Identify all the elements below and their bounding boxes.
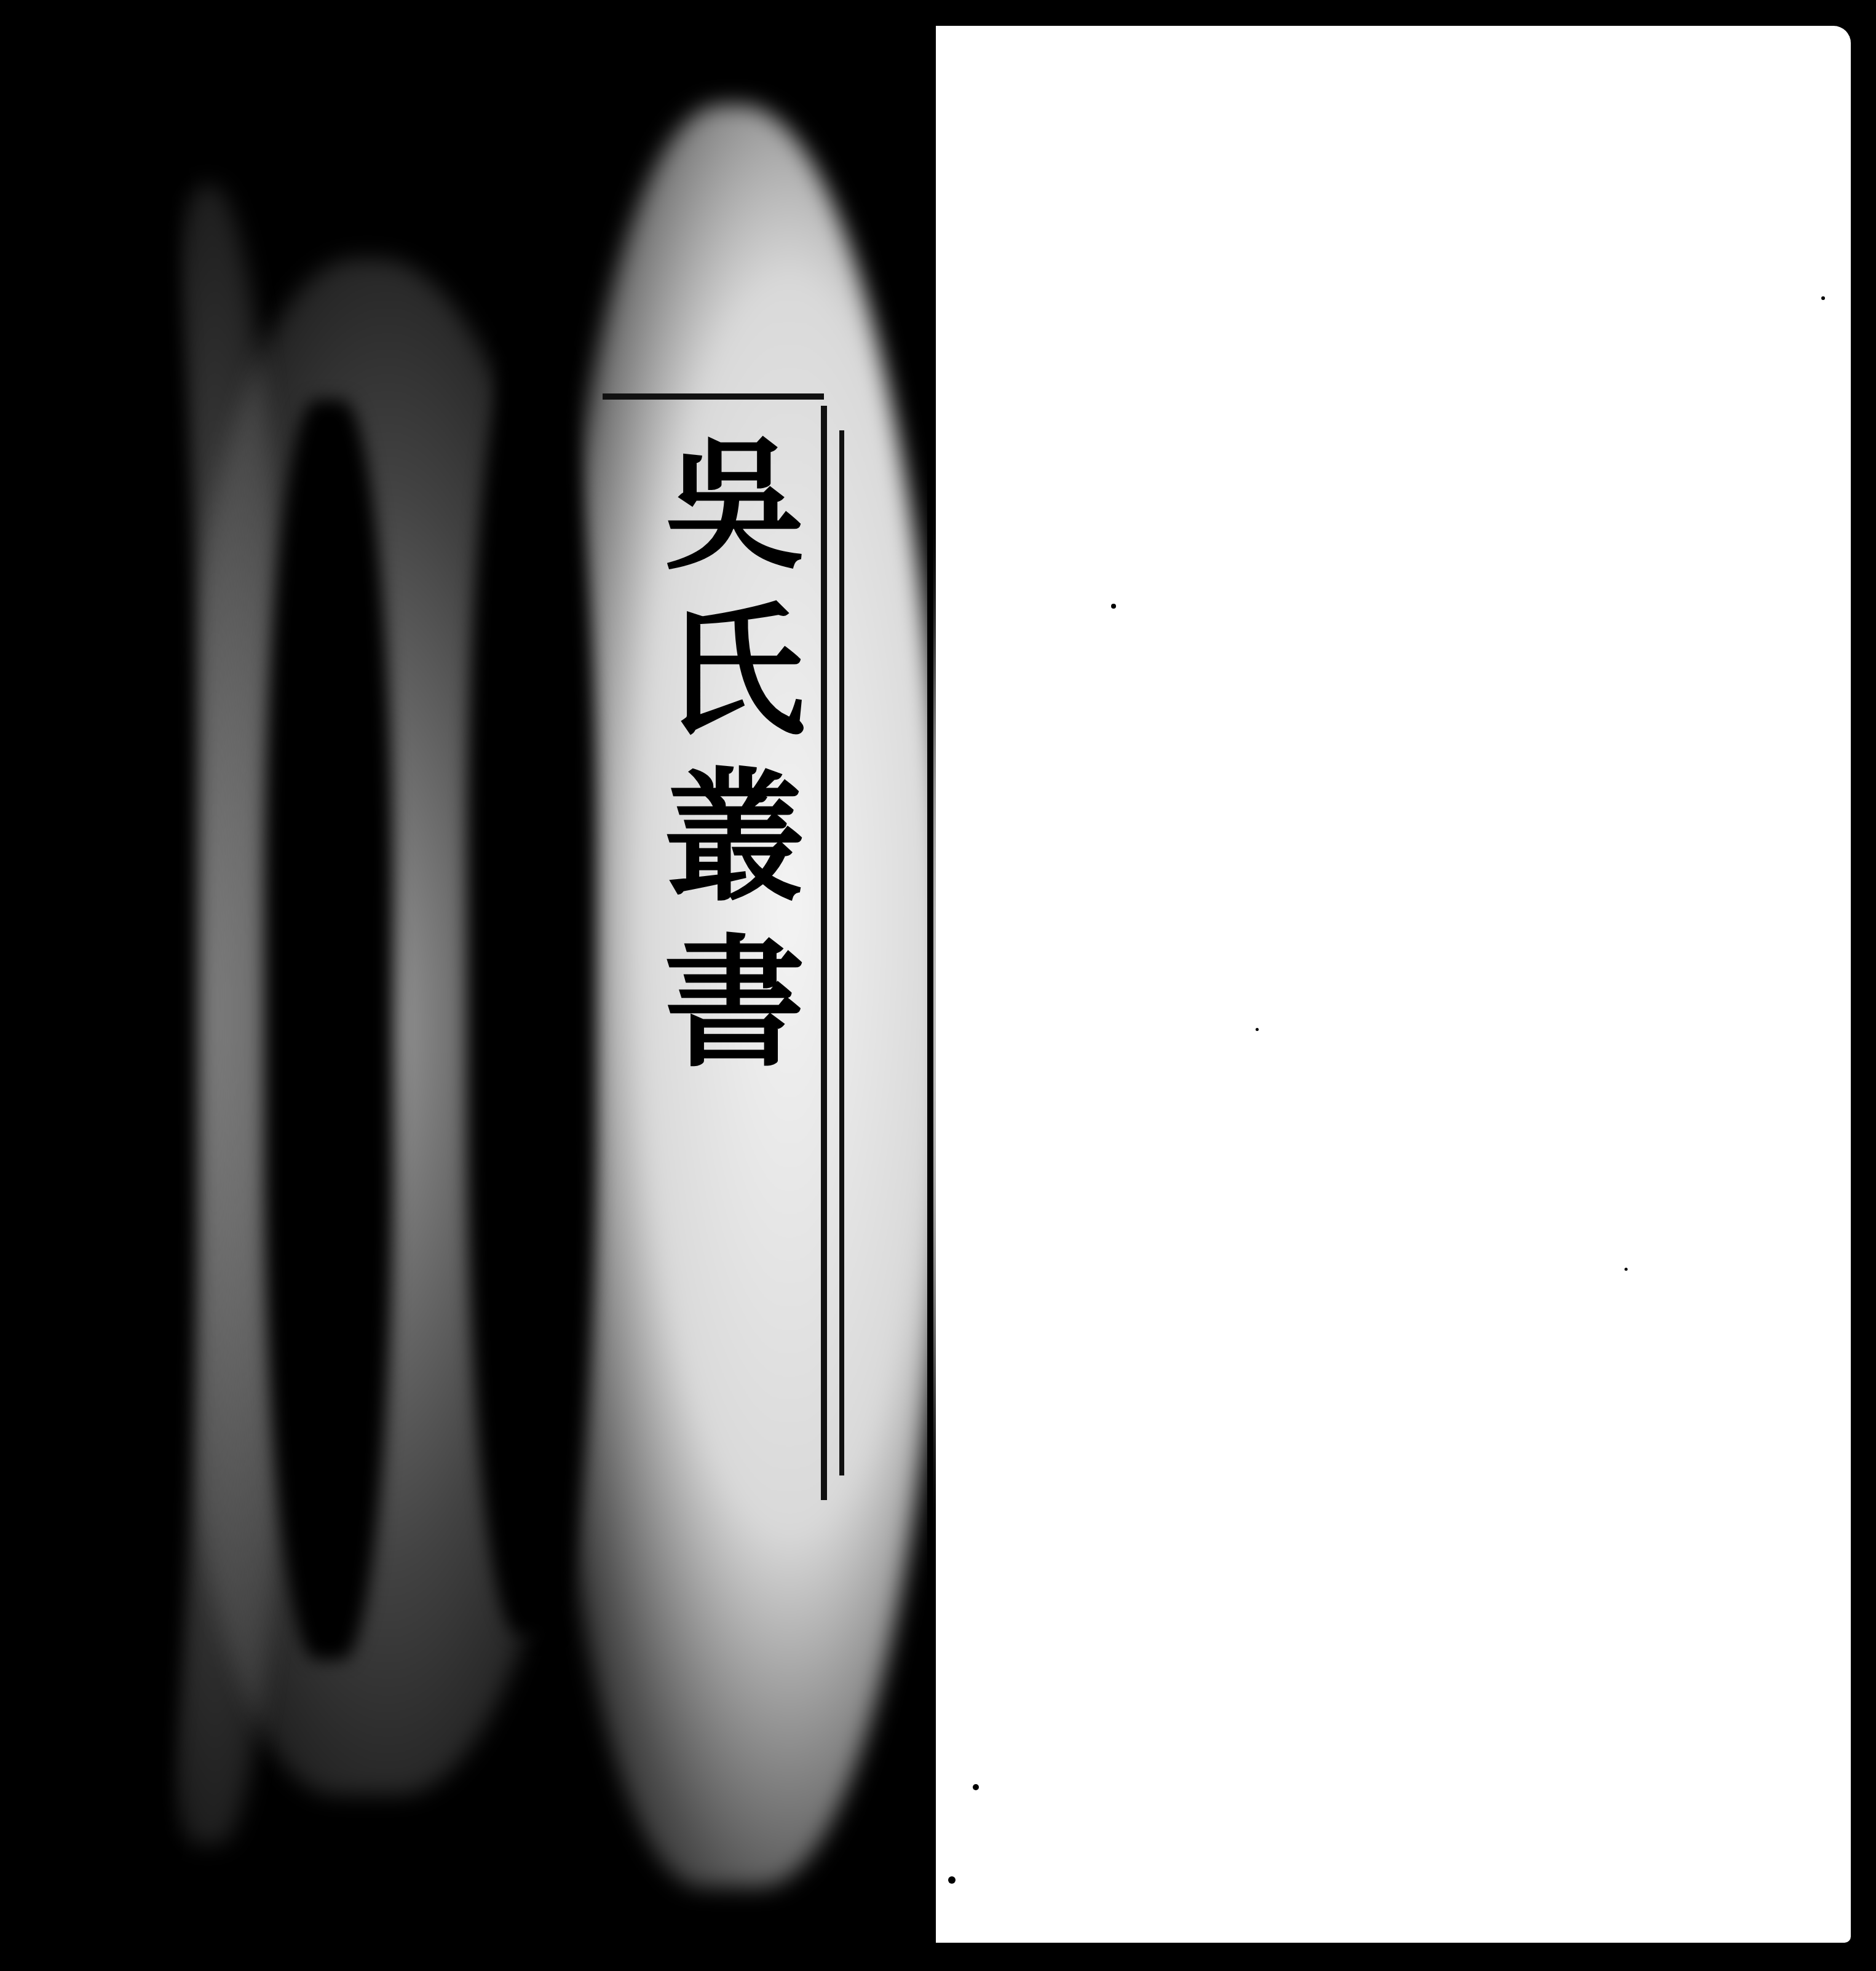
paper-speck: [1625, 1268, 1628, 1271]
scanned-spread: 吳氏叢書: [0, 0, 1876, 1971]
paper-speck: [948, 1876, 956, 1884]
left-cover-page: 吳氏叢書: [0, 0, 936, 1971]
paper-speck: [1821, 296, 1825, 300]
ink-column: [467, 344, 596, 1635]
cover-title: 吳氏叢書: [636, 430, 809, 1094]
paper-speck: [973, 1784, 979, 1790]
ink-column: [264, 400, 394, 1660]
label-frame-top: [603, 393, 824, 400]
label-frame-right: [821, 406, 827, 1500]
paper-speck: [1256, 1028, 1259, 1031]
label-frame-right-outer: [839, 430, 844, 1475]
paper-speck: [1111, 604, 1116, 609]
right-blank-page: [936, 26, 1851, 1943]
ink-stain: [12, 0, 197, 1971]
page-divider: [927, 25, 933, 1943]
